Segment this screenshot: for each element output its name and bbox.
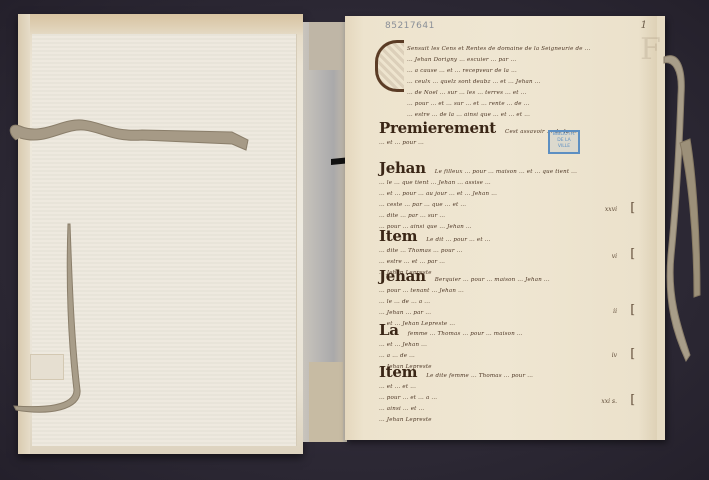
cover-stain xyxy=(30,14,303,36)
margin-bracket: [ xyxy=(630,246,635,260)
margin-bracket: [ xyxy=(630,302,635,316)
text-line: ... Jehan ... par ... xyxy=(379,308,617,319)
show-through-letter: F xyxy=(640,32,661,67)
book-spine xyxy=(303,22,347,442)
text-line: ... le ... de ... a ... xyxy=(379,297,617,308)
entry-heading: Premierement xyxy=(379,119,496,137)
text-line: Berquier ... pour ... maison ... Jehan .… xyxy=(435,277,550,283)
text-line: Sensuit les Cens et Rentes de domaine de… xyxy=(407,44,617,55)
text-line: ... pour ... tenant ... Jehan ... xyxy=(379,286,617,297)
text-line: Le dit ... pour ... et ... xyxy=(426,237,490,243)
folio-number: 1 xyxy=(641,20,647,31)
text-line: ... Jehan Dorigny ... escuier ... par ..… xyxy=(407,55,617,66)
right-linen-tie xyxy=(660,55,705,375)
text-line: ... et ... Jehan ... xyxy=(379,340,617,351)
margin-amount: ii xyxy=(613,308,617,315)
spine-top-block xyxy=(309,22,343,70)
text-line: ... Jehan Lepreste xyxy=(379,415,617,426)
opening-paragraph: Sensuit les Cens et Rentes de domaine de… xyxy=(407,44,617,121)
text-line: ... le ... que tient ... Jehan ... assis… xyxy=(379,178,617,189)
spine-bottom-block xyxy=(309,362,343,442)
text-line: ... ceste ... par ... que ... et ... xyxy=(379,200,617,211)
text-line: ... dite ... par ... sur ... xyxy=(379,211,617,222)
entry-heading: Jehan xyxy=(379,267,426,285)
library-stamp: BIBLIOTH. DE LA VILLE xyxy=(548,130,580,154)
entry-jehan-1: Jehan Le filleux ... pour ... maison ...… xyxy=(379,158,617,233)
text-line: femme ... Thomas ... pour ... maison ... xyxy=(408,331,523,337)
text-line: ... et ... pour ... au jour ... et ... J… xyxy=(379,189,617,200)
margin-bracket: [ xyxy=(630,346,635,360)
margin-bracket: [ xyxy=(630,200,635,214)
decorated-initial xyxy=(375,40,404,92)
stamp-line: VILLE xyxy=(550,144,578,150)
lower-linen-tie xyxy=(8,220,88,420)
text-line: ... ainsi ... et ... xyxy=(379,404,617,415)
text-line: ... ceulx ... quelz sont deubz ... et ..… xyxy=(407,77,617,88)
entry-heading: Item xyxy=(379,227,417,245)
margin-amount: vi xyxy=(612,253,617,260)
text-line: Le dite femme ... Thomas ... pour ... xyxy=(426,373,533,379)
text-line: ... a ... de ... xyxy=(379,351,617,362)
shelfmark-number: 85217641 xyxy=(385,21,435,31)
text-line: ... et ... et ... xyxy=(379,382,617,393)
text-line: ... dite ... Thomas ... pour ... xyxy=(379,246,617,257)
entry-premierement: Premierement Cest assavoir ... de la ...… xyxy=(379,118,617,149)
manuscript-page: 85217641 1 F Sensuit les Cens et Rentes … xyxy=(345,16,657,440)
entry-heading: Jehan xyxy=(379,159,426,177)
text-line: ... pour ... et ... a ... xyxy=(379,393,617,404)
entry-item-2: Item Le dite femme ... Thomas ... pour .… xyxy=(379,362,617,426)
text-line: ... a cause ... et ... recepveur de la .… xyxy=(407,66,617,77)
margin-amount: xxvi xyxy=(605,206,617,213)
text-line: ... de Noel ... sur ... les ... terres .… xyxy=(407,88,617,99)
margin-amount: xxi s. xyxy=(601,398,617,405)
margin-bracket: [ xyxy=(630,392,635,406)
text-line: ... et ... pour ... xyxy=(379,138,617,149)
text-line: ... pour ... et ... sur ... et ... rente… xyxy=(407,99,617,110)
margin-amount: iv xyxy=(612,352,617,359)
entry-heading: Item xyxy=(379,363,417,381)
entry-heading: La xyxy=(379,321,399,339)
text-line: Le filleux ... pour ... maison ... et ..… xyxy=(435,169,577,175)
upper-linen-tie xyxy=(2,110,252,160)
